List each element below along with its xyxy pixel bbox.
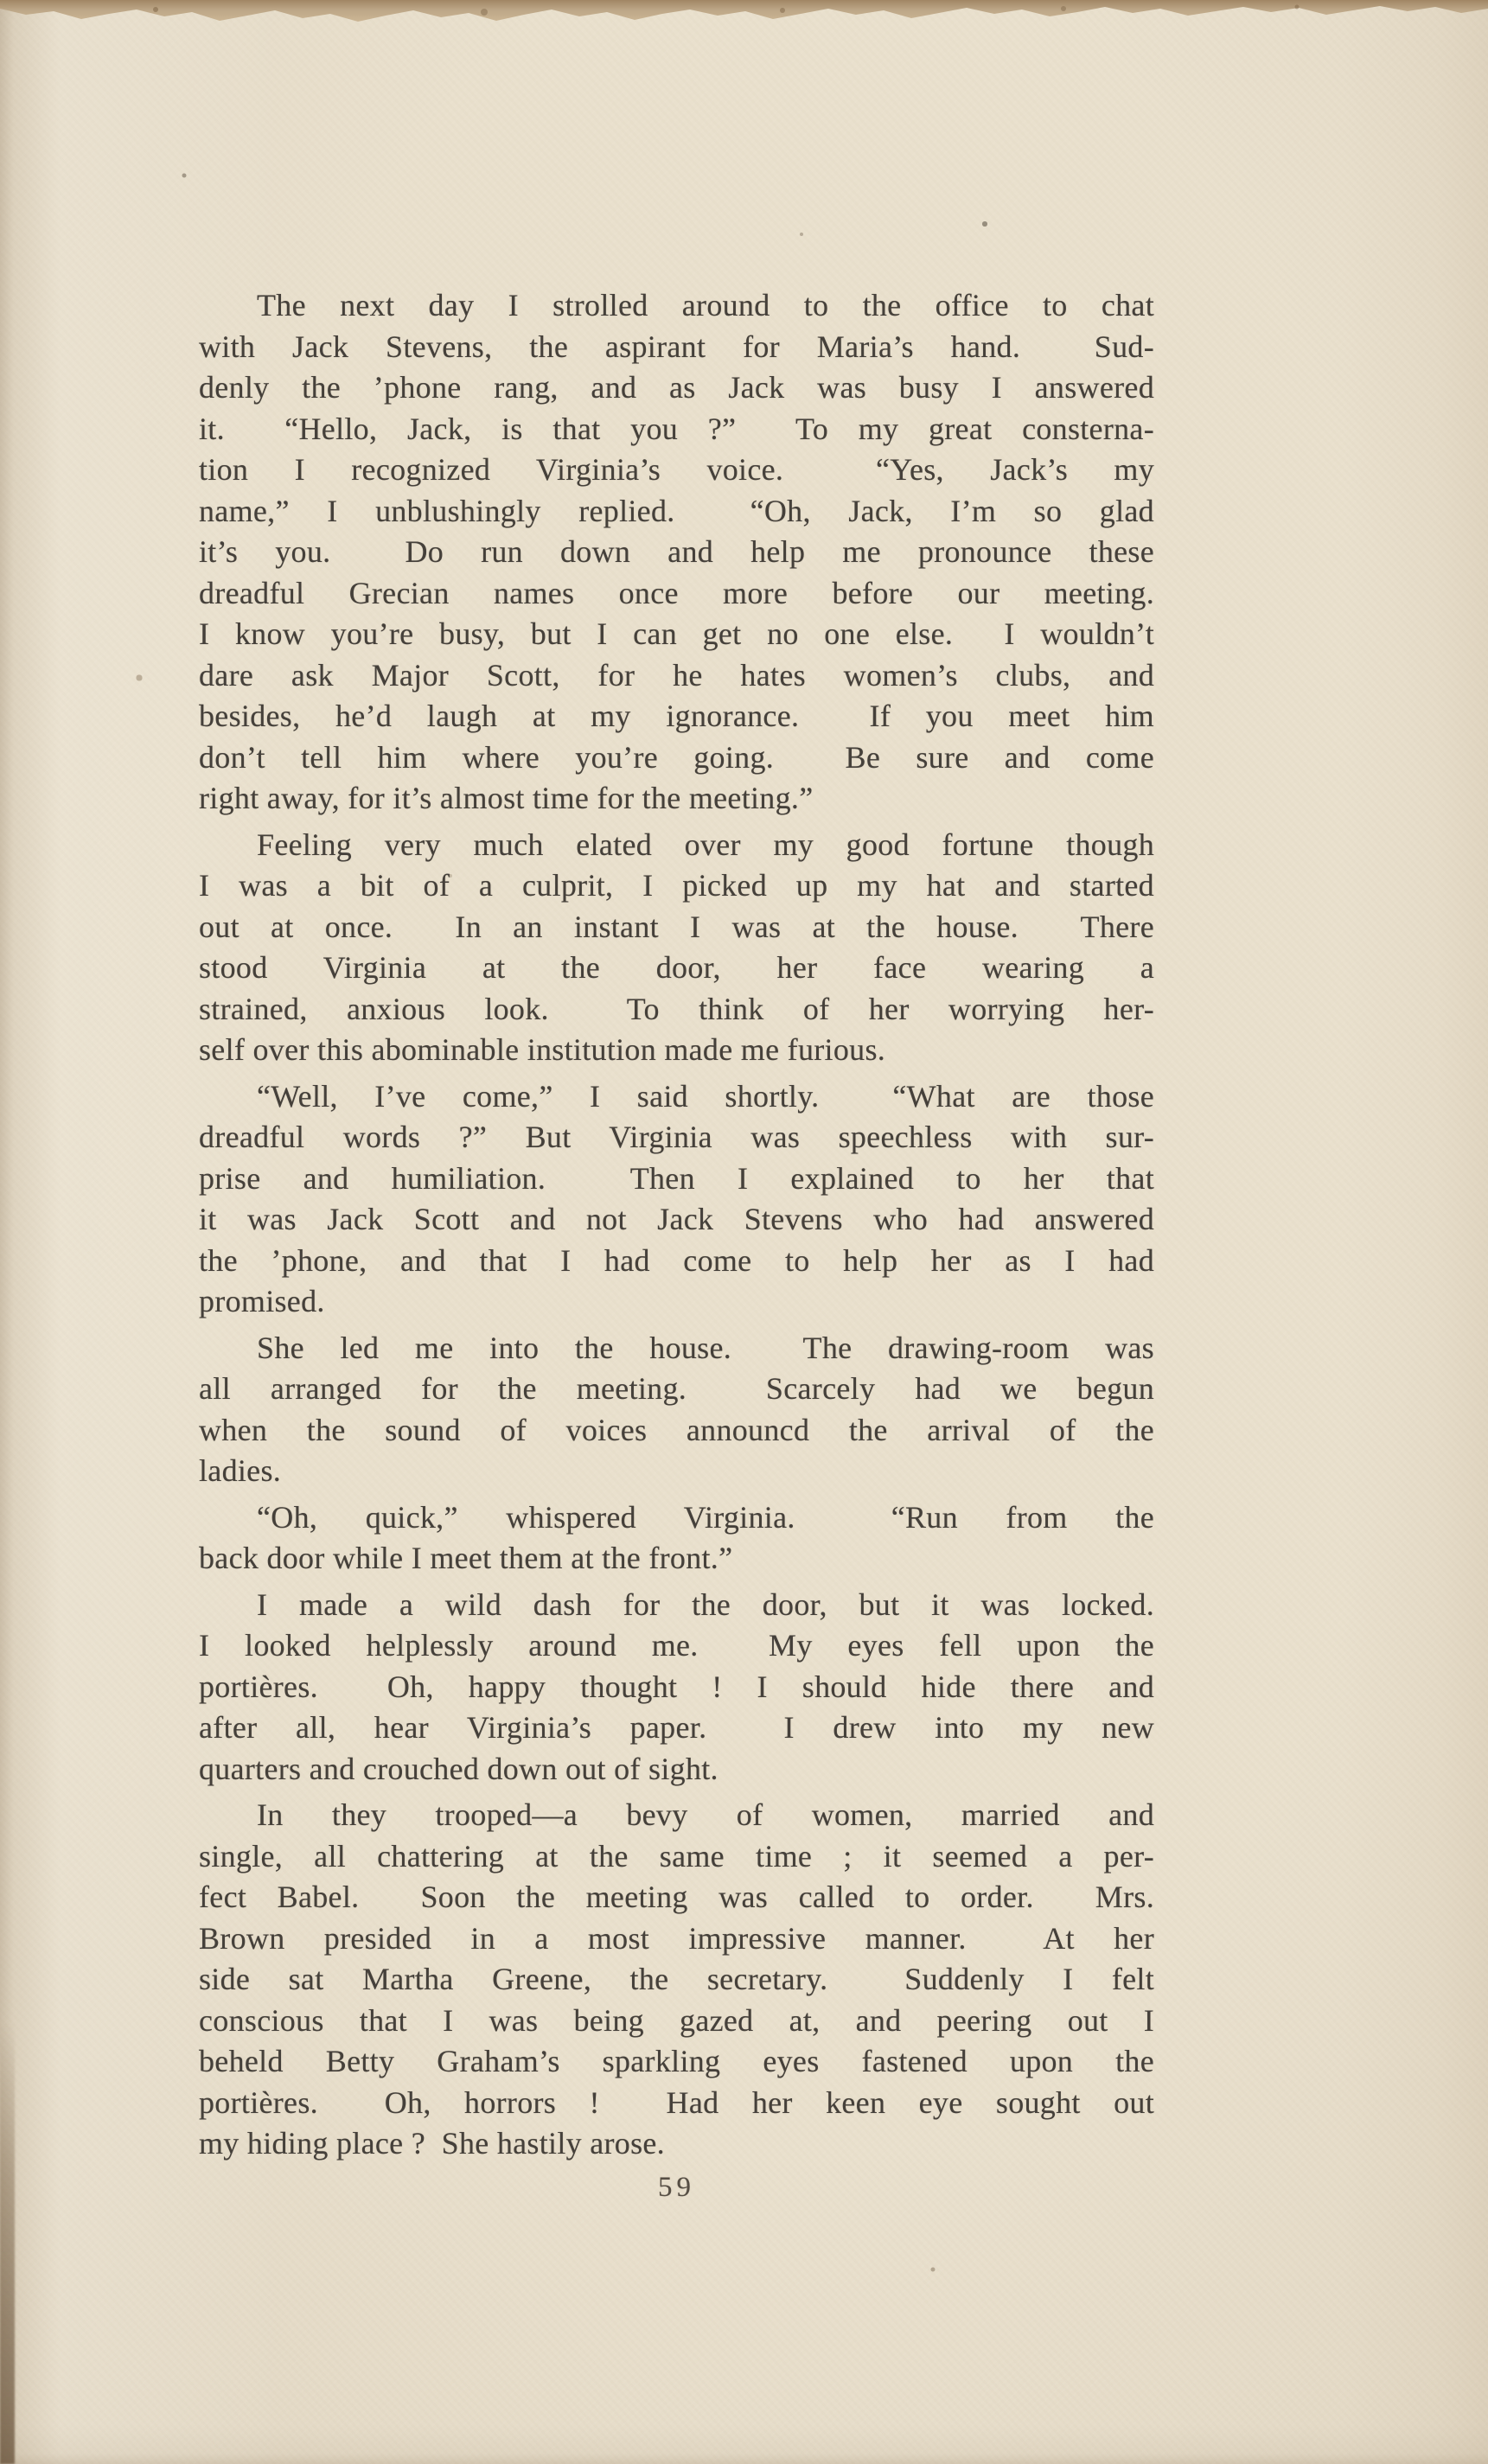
text-line: prise and humiliation. Then I explained … bbox=[199, 1159, 1154, 1200]
text-line: name,” I unblushingly replied. “Oh, Jack… bbox=[199, 491, 1154, 533]
right-edge-shade bbox=[1341, 0, 1488, 2464]
text-line: ladies. bbox=[199, 1451, 1154, 1492]
paragraph: In they trooped—a bevy of women, married… bbox=[199, 1795, 1154, 2165]
text-line: I made a wild dash for the door, but it … bbox=[199, 1585, 1154, 1626]
text-line: single, all chattering at the same time … bbox=[199, 1836, 1154, 1878]
text-line: Brown presided in a most impressive mann… bbox=[199, 1918, 1154, 1960]
text-line: side sat Martha Greene, the secretary. S… bbox=[199, 1959, 1154, 2001]
text-line: when the sound of voices announcd the ar… bbox=[199, 1410, 1154, 1452]
text-line: right away, for it’s almost time for the… bbox=[199, 778, 1154, 820]
text-line: strained, anxious look. To think of her … bbox=[199, 989, 1154, 1031]
text-line: don’t tell him where you’re going. Be su… bbox=[199, 737, 1154, 779]
text-line: dreadful words ?” But Virginia was speec… bbox=[199, 1117, 1154, 1159]
paragraph: The next day I strolled around to the of… bbox=[199, 285, 1154, 820]
text-line: conscious that I was being gazed at, and… bbox=[199, 2001, 1154, 2042]
text-line: it was Jack Scott and not Jack Stevens w… bbox=[199, 1199, 1154, 1241]
text-line: fect Babel. Soon the meeting was called … bbox=[199, 1877, 1154, 1918]
text-line: with Jack Stevens, the aspirant for Mari… bbox=[199, 327, 1154, 368]
text-line: She led me into the house. The drawing-r… bbox=[199, 1328, 1154, 1369]
text-line: dreadful Grecian names once more before … bbox=[199, 573, 1154, 615]
text-line: tion I recognized Virginia’s voice. “Yes… bbox=[199, 450, 1154, 491]
text-line: after all, hear Virginia’s paper. I drew… bbox=[199, 1708, 1154, 1749]
text-line: it’s you. Do run down and help me pronou… bbox=[199, 532, 1154, 573]
paper-specks bbox=[0, 0, 2, 2]
bottom-edge-shade bbox=[0, 2424, 1488, 2464]
torn-paper-edge bbox=[0, 0, 1488, 26]
paragraph: Feeling very much elated over my good fo… bbox=[199, 825, 1154, 1071]
paragraph: “Well, I’ve come,” I said shortly. “What… bbox=[199, 1076, 1154, 1323]
book-page-scan: The next day I strolled around to the of… bbox=[0, 0, 1488, 2464]
text-line: back door while I meet them at the front… bbox=[199, 1538, 1154, 1580]
text-line: besides, he’d laugh at my ignorance. If … bbox=[199, 696, 1154, 737]
text-line: I looked helplessly around me. My eyes f… bbox=[199, 1625, 1154, 1667]
text-line: dare ask Major Scott, for he hates women… bbox=[199, 655, 1154, 697]
text-line: portières. Oh, horrors ! Had her keen ey… bbox=[199, 2083, 1154, 2124]
text-line: my hiding place ? She hastily arose. bbox=[199, 2123, 1154, 2165]
paragraph: I made a wild dash for the door, but it … bbox=[199, 1585, 1154, 1791]
text-line: denly the ’phone rang, and as Jack was b… bbox=[199, 367, 1154, 409]
paragraph: “Oh, quick,” whispered Virginia. “Run fr… bbox=[199, 1497, 1154, 1580]
paragraph: She led me into the house. The drawing-r… bbox=[199, 1328, 1154, 1492]
text-line: self over this abominable institution ma… bbox=[199, 1030, 1154, 1071]
bottom-left-dark-edge bbox=[0, 2023, 15, 2464]
text-line: I was a bit of a culprit, I picked up my… bbox=[199, 865, 1154, 907]
page-text: The next day I strolled around to the of… bbox=[199, 285, 1154, 2165]
text-line: the ’phone, and that I had come to help … bbox=[199, 1241, 1154, 1282]
text-line: The next day I strolled around to the of… bbox=[199, 285, 1154, 327]
text-line: stood Virginia at the door, her face wea… bbox=[199, 948, 1154, 989]
text-line: it. “Hello, Jack, is that you ?” To my g… bbox=[199, 409, 1154, 450]
text-line: In they trooped—a bevy of women, married… bbox=[199, 1795, 1154, 1836]
text-line: out at once. In an instant I was at the … bbox=[199, 907, 1154, 948]
text-line: Feeling very much elated over my good fo… bbox=[199, 825, 1154, 866]
text-line: beheld Betty Graham’s sparkling eyes fas… bbox=[199, 2041, 1154, 2083]
text-line: portières. Oh, happy thought ! I should … bbox=[199, 1667, 1154, 1708]
page-number: 59 bbox=[199, 2172, 1154, 2204]
text-line: “Oh, quick,” whispered Virginia. “Run fr… bbox=[199, 1497, 1154, 1539]
text-line: all arranged for the meeting. Scarcely h… bbox=[199, 1369, 1154, 1410]
text-line: “Well, I’ve come,” I said shortly. “What… bbox=[199, 1076, 1154, 1118]
text-line: promised. bbox=[199, 1281, 1154, 1323]
text-line: quarters and crouched down out of sight. bbox=[199, 1749, 1154, 1791]
text-line: I know you’re busy, but I can get no one… bbox=[199, 614, 1154, 655]
